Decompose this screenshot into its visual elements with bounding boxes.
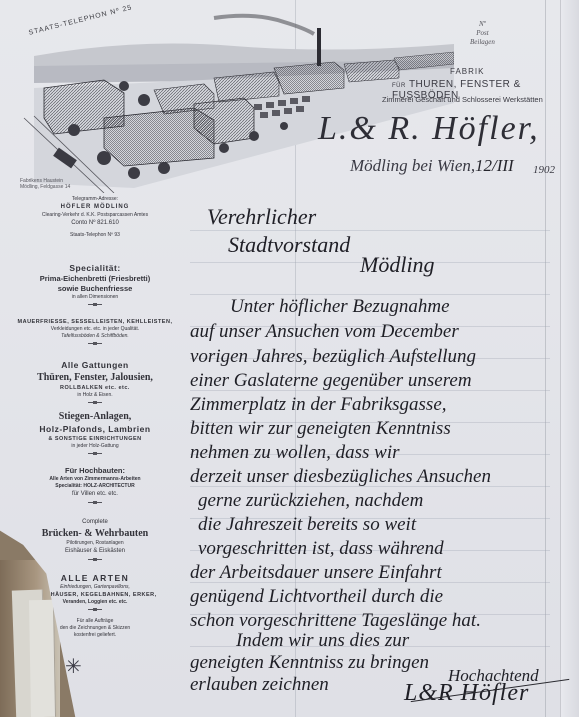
sidebar-section-stiegen: Stiegen-Anlagen, Holz-Plafonds, Lambrien…	[0, 410, 190, 457]
office-annotation: Nº Post Beilagen	[470, 20, 495, 47]
section-line: Prima-Eichenbretti (Friesbretti)	[0, 274, 190, 284]
letter-year: 1902	[533, 164, 555, 176]
ornament-divider	[88, 502, 102, 503]
telegram-label: Telegramm-Adresse:	[0, 196, 190, 203]
ornament-divider	[88, 609, 102, 610]
underlying-sheet	[29, 600, 56, 717]
telegram-address: HÖFLER MÖDLING	[0, 203, 190, 212]
letter-line: einer Gaslaterne gegenüber unserem	[190, 370, 472, 392]
section-line: Tafelfussböden & Schiffböden.	[0, 333, 190, 340]
sidebar-section-friesse: MAUERFRIESSE, SESSELLEISTEN, KEHLLEISTEN…	[0, 318, 190, 347]
ornament-divider	[88, 402, 102, 403]
sidebar-section-hochbauten: Für Hochbauten: Alle Arten von Zimmerman…	[0, 466, 190, 506]
letter-line: vorgeschritten ist, dass während	[198, 538, 444, 560]
sidebar-contact: Telegramm-Adresse: HÖFLER MÖDLING Cleari…	[0, 196, 190, 239]
section-line: Pilotirungen, Rostanlagen	[0, 540, 190, 547]
letter-line: derzeit unser diesbezügliches Ansuchen	[190, 466, 491, 488]
section-line: in allen Dimensionen	[0, 294, 190, 301]
letter-line: Zimmerplatz in der Fabriksgasse,	[190, 394, 447, 416]
section-line: Brücken- & Wehrbauten	[0, 527, 190, 540]
letter-line: gerne zurückziehen, nachdem	[198, 490, 423, 512]
letter-line: genügend Lichtvortheil durch die	[190, 586, 443, 608]
sidebar-section-gattungen: Alle Gattungen Thüren, Fenster, Jalousie…	[0, 359, 190, 406]
ruled-line	[190, 230, 550, 231]
ruled-line	[190, 294, 550, 295]
company-name: L.& R. Höfler,	[318, 110, 540, 148]
letter-line: nehmen zu wollen, dass wir	[190, 442, 400, 464]
conto-number: Conto Nº 821.610	[0, 219, 190, 228]
letter-line: der Arbeitsdauer unsere Einfahrt	[190, 562, 442, 584]
engraving-caption: Fabrikens Haustein Mödling, Feldgasse 14	[20, 178, 70, 190]
section-title: Für Hochbauten:	[0, 466, 190, 476]
letterhead-services: Zimmerei Geschaft und Schlosserei Werkst…	[382, 95, 543, 104]
section-title: Specialität:	[0, 262, 190, 274]
clearing-info: Clearing-Verkehr d. K.K. Postsparcassen …	[0, 212, 190, 219]
letter-line: geneigten Kenntniss zu bringen	[190, 652, 429, 674]
salutation: Verehrlicher	[207, 204, 316, 230]
section-line: in jeder Holz-Gattung	[0, 443, 190, 450]
section-title: Complete	[0, 518, 190, 527]
sidebar-section-brucken: Complete Brücken- & Wehrbauten Pilotirun…	[0, 518, 190, 563]
letter-line: vorigen Jahres, bezüglich Aufstellung	[190, 346, 476, 368]
section-line: Thüren, Fenster, Jalousien,	[0, 371, 190, 384]
section-line: Verkleidungen etc. etc. in jeder Qualitä…	[0, 326, 190, 333]
ornament-divider	[88, 304, 102, 305]
letterhead-fur: FÜR	[392, 83, 406, 89]
star-ornament-icon: ✳	[65, 654, 82, 679]
addressee: Stadtvorstand	[228, 232, 350, 258]
ornament-divider	[88, 559, 102, 560]
letter-line: Indem wir uns dies zur	[236, 630, 409, 652]
annotation-number: Nº	[470, 20, 495, 29]
section-line: ROLLBALKEN etc. etc.	[0, 384, 190, 392]
ornament-divider	[88, 453, 102, 454]
letter-line: auf unser Ansuchen vom December	[190, 321, 459, 343]
ornament-divider	[88, 343, 102, 344]
annotation-post: Post	[470, 29, 495, 38]
letterhead-fabrik: FABRIK	[450, 67, 484, 76]
section-line: in Holz & Eisen.	[0, 392, 190, 399]
letter-line: bitten wir zur geneigten Kenntniss	[190, 418, 451, 440]
telephone-number: Staats-Telephon Nº 93	[0, 232, 190, 239]
sidebar-section-specialitat: Specialität: Prima-Eichenbretti (Friesbr…	[0, 262, 190, 308]
section-line: Alle Arten von Zimmermanns-Arbeiten	[0, 476, 190, 483]
section-title: Stiegen-Anlagen,	[0, 410, 190, 423]
addressee-city: Mödling	[360, 252, 435, 278]
paper-edge	[560, 0, 579, 717]
annotation-attachments: Beilagen	[470, 38, 495, 47]
letter-line: schon vorgeschrittene Tageslänge hat.	[190, 610, 481, 632]
section-line: Eishäuser & Eiskästen	[0, 547, 190, 556]
letter-line: erlauben zeichnen	[190, 674, 329, 696]
section-line: Holz-Plafonds, Lambrien	[0, 423, 190, 435]
letter-line: Unter höflicher Bezugnahme	[230, 296, 450, 318]
letter-place: Mödling bei Wien,	[350, 156, 475, 176]
section-line: & SONSTIGE EINRICHTUNGEN	[0, 435, 190, 443]
letter-line: die Jahreszeit bereits so weit	[198, 514, 416, 536]
section-line: für Villen etc. etc.	[0, 490, 190, 499]
letter-date: 12/III	[475, 156, 514, 176]
section-line: sowie Buchenfriesse	[0, 284, 190, 294]
section-line: Specialität: HOLZ-ARCHITECTUR	[0, 483, 190, 490]
letter-paper: STAATS-TELEPHON Nº 25 Fabrikens Haustein…	[0, 0, 579, 717]
section-line: MAUERFRIESSE, SESSELLEISTEN, KEHLLEISTEN…	[0, 318, 190, 326]
section-title: Alle Gattungen	[0, 359, 190, 371]
caption-line: Mödling, Feldgasse 14	[20, 184, 70, 190]
